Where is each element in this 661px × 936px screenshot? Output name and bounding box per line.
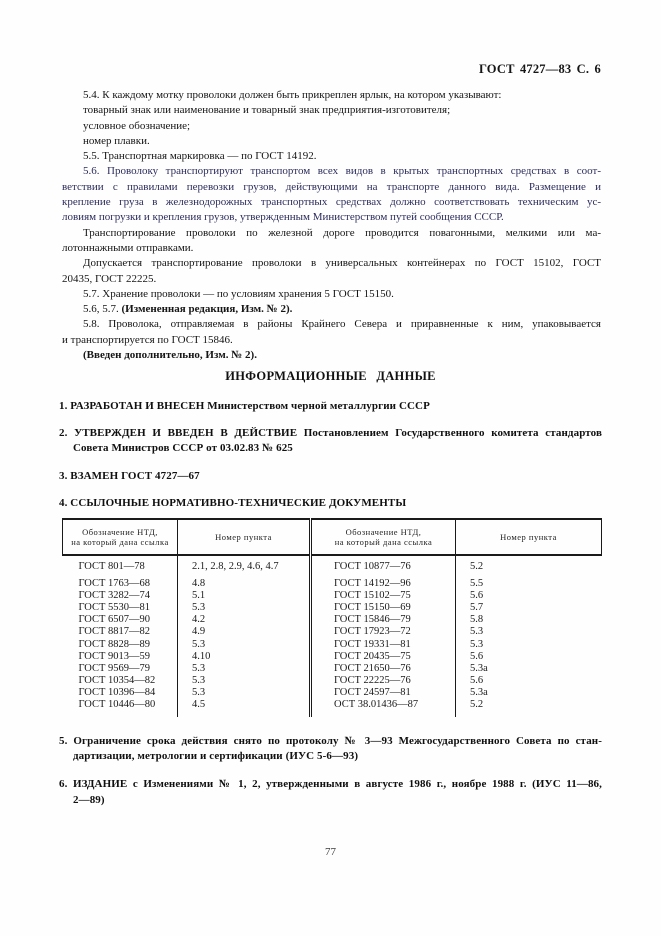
column-header-text: Номер пункта: [215, 532, 272, 542]
table-cell: ГОСТ 14192—96: [311, 578, 456, 590]
table-row: ГОСТ 3282—74 5.1 ГОСТ 15102—75 5.6: [63, 590, 602, 602]
info-item-2: 2. УТВЕРЖДЕН И ВВЕДЕН В ДЕЙСТВИЕ Постано…: [59, 426, 602, 456]
table-cell: 5.2: [456, 699, 602, 711]
table-cell: ГОСТ 19331—81: [311, 639, 456, 651]
table-row: ГОСТ 6507—90 4.2 ГОСТ 15846—79 5.8: [63, 614, 602, 626]
page-number: 77: [0, 846, 661, 858]
info-item-6: 6. ИЗДАНИЕ с Изменениями № 1, 2, утвержд…: [59, 777, 602, 807]
table-border-extension: [63, 711, 602, 717]
table-row: ГОСТ 8828—89 5.3 ГОСТ 19331—81 5.3: [63, 639, 602, 651]
body-line: крепление груза в железнодорожных трансп…: [62, 195, 601, 210]
info-line: 4. ССЫЛОЧНЫЕ НОРМАТИВНО-ТЕХНИЧЕСКИЕ ДОКУ…: [59, 496, 602, 511]
table-cell: ГОСТ 10877—76: [311, 555, 456, 578]
table-cell: ГОСТ 22225—76: [311, 675, 456, 687]
column-header-ntd-right: Обозначение НТД, на который дана ссылка: [311, 519, 456, 555]
table-cell: 2.1, 2.8, 2.9, 4.6, 4.7: [178, 555, 311, 578]
body-line: 20435, ГОСТ 22225.: [62, 272, 601, 287]
table-cell: 5.3а: [456, 663, 602, 675]
column-header-text: Обозначение НТД,: [82, 527, 158, 537]
table-cell: 5.3: [178, 639, 311, 651]
table-cell: 5.3: [456, 639, 602, 651]
bottom-items: 5. Ограничение срока действия снято по п…: [59, 734, 602, 821]
running-header: ГОСТ 4727—83 С. 6: [479, 62, 601, 77]
table-cell: ГОСТ 10396—84: [63, 687, 178, 699]
info-item-5: 5. Ограничение срока действия снято по п…: [59, 734, 602, 764]
table-cell: 4.8: [178, 578, 311, 590]
body-line: 5.6. Проволоку транспортируют транспорто…: [62, 164, 601, 179]
table-cell: ГОСТ 15150—69: [311, 602, 456, 614]
info-item-1: 1. РАЗРАБОТАН И ВНЕСЕН Министерством чер…: [59, 399, 602, 414]
table-cell: 4.10: [178, 651, 311, 663]
table-cell: 5.3: [456, 626, 602, 638]
body-line: 5.4. К каждому мотку проволоки должен бы…: [62, 88, 601, 103]
table-cell: ГОСТ 6507—90: [63, 614, 178, 626]
table-cell: ГОСТ 8828—89: [63, 639, 178, 651]
table-cell: ГОСТ 9013—59: [63, 651, 178, 663]
info-line: 2. УТВЕРЖДЕН И ВВЕДЕН В ДЕЙСТВИЕ Постано…: [59, 426, 602, 441]
table-cell: 5.6: [456, 590, 602, 602]
body-line: номер плавки.: [62, 134, 601, 149]
table-row: ГОСТ 10446—80 4.5 ОСТ 38.01436—87 5.2: [63, 699, 602, 711]
table-cell: ГОСТ 8817—82: [63, 626, 178, 638]
table-cell: 4.2: [178, 614, 311, 626]
column-header-ntd-left: Обозначение НТД, на который дана ссылка: [63, 519, 178, 555]
table-cell: ГОСТ 10446—80: [63, 699, 178, 711]
table-cell: ГОСТ 3282—74: [63, 590, 178, 602]
body-line: 5.5. Транспортная маркировка — по ГОСТ 1…: [62, 149, 601, 164]
table-cell: 5.3: [178, 687, 311, 699]
document-page: ГОСТ 4727—83 С. 6 5.4. К каждому мотку п…: [0, 0, 661, 936]
informational-data: 1. РАЗРАБОТАН И ВНЕСЕН Министерством чер…: [59, 399, 602, 523]
table-row: ГОСТ 10396—84 5.3 ГОСТ 24597—81 5.3а: [63, 687, 602, 699]
table-cell: 5.8: [456, 614, 602, 626]
table-row: ГОСТ 1763—68 4.8 ГОСТ 14192—96 5.5: [63, 578, 602, 590]
table-cell: 5.7: [456, 602, 602, 614]
body-line: Транспортирование проволоки по железной …: [62, 226, 601, 241]
table-cell: 5.5: [456, 578, 602, 590]
table-cell: ГОСТ 15102—75: [311, 590, 456, 602]
body-line: условное обозначение;: [62, 119, 601, 134]
table-cell: 5.6: [456, 651, 602, 663]
body-line: ветствии с правилами перевозки грузов, д…: [62, 180, 601, 195]
table-cell: ГОСТ 10354—82: [63, 675, 178, 687]
table-cell: ГОСТ 801—78: [63, 555, 178, 578]
info-item-4: 4. ССЫЛОЧНЫЕ НОРМАТИВНО-ТЕХНИЧЕСКИЕ ДОКУ…: [59, 496, 602, 511]
table-row: ГОСТ 801—78 2.1, 2.8, 2.9, 4.6, 4.7 ГОСТ…: [63, 555, 602, 578]
body-line: Допускается транспортирование проволоки …: [62, 256, 601, 271]
info-line: Совета Министров СССР от 03.02.83 № 625: [59, 441, 602, 456]
table-cell: ГОСТ 17923—72: [311, 626, 456, 638]
table-cell: 4.9: [178, 626, 311, 638]
info-line: 5. Ограничение срока действия снято по п…: [59, 734, 602, 749]
section-heading: ИНФОРМАЦИОННЫЕ ДАННЫЕ: [0, 369, 661, 384]
body-line: 5.8. Проволока, отправляемая в районы Кр…: [62, 317, 601, 332]
table-cell: ГОСТ 9569—79: [63, 663, 178, 675]
table-cell: ГОСТ 1763—68: [63, 578, 178, 590]
info-line: 3. ВЗАМЕН ГОСТ 4727—67: [59, 469, 602, 484]
info-line: 1. РАЗРАБОТАН И ВНЕСЕН Министерством чер…: [59, 399, 602, 414]
table-cell: ГОСТ 21650—76: [311, 663, 456, 675]
body-line: 5.7. Хранение проволоки — по условиям хр…: [62, 287, 601, 302]
body-line: лотоннажными отправками.: [62, 241, 601, 256]
table-cell: 5.1: [178, 590, 311, 602]
column-header-text: Номер пункта: [500, 532, 557, 542]
info-item-3: 3. ВЗАМЕН ГОСТ 4727—67: [59, 469, 602, 484]
table-cell: 5.3: [178, 663, 311, 675]
body-line: и транспортируется по ГОСТ 15846.: [62, 333, 601, 348]
info-line: 6. ИЗДАНИЕ с Изменениями № 1, 2, утвержд…: [59, 777, 602, 792]
table-cell: 5.2: [456, 555, 602, 578]
body-text: 5.4. К каждому мотку проволоки должен бы…: [62, 88, 601, 363]
table-cell: ГОСТ 24597—81: [311, 687, 456, 699]
body-line: ловиям погрузки и крепления грузов, утве…: [62, 210, 601, 225]
table-cell: ГОСТ 20435—75: [311, 651, 456, 663]
table-cell: 5.3а: [456, 687, 602, 699]
table-cell: 4.5: [178, 699, 311, 711]
column-header-item-left: Номер пункта: [178, 519, 311, 555]
added-note-line: (Введен дополнительно, Изм. № 2).: [62, 348, 601, 363]
table-cell: ГОСТ 15846—79: [311, 614, 456, 626]
table-row: ГОСТ 9569—79 5.3 ГОСТ 21650—76 5.3а: [63, 663, 602, 675]
column-header-text: Обозначение НТД,: [346, 527, 422, 537]
table-row: ГОСТ 9013—59 4.10 ГОСТ 20435—75 5.6: [63, 651, 602, 663]
table-cell: 5.3: [178, 602, 311, 614]
table-cell: ОСТ 38.01436—87: [311, 699, 456, 711]
table-cell: ГОСТ 5530—81: [63, 602, 178, 614]
amendment-note: (Измененная редакция, Изм. № 2).: [122, 303, 293, 315]
table-row: ГОСТ 8817—82 4.9 ГОСТ 17923—72 5.3: [63, 626, 602, 638]
column-header-item-right: Номер пункта: [456, 519, 602, 555]
table-row: ГОСТ 10354—82 5.3 ГОСТ 22225—76 5.6: [63, 675, 602, 687]
table-cell: 5.3: [178, 675, 311, 687]
info-line: дартизации, метрологии и сертификации (И…: [59, 749, 602, 764]
column-header-text: на который дана ссылка: [335, 537, 433, 547]
column-header-text: на который дана ссылка: [71, 537, 169, 547]
info-line: 2—89): [59, 793, 602, 808]
body-line: товарный знак или наименование и товарны…: [62, 103, 601, 118]
table-row: ГОСТ 5530—81 5.3 ГОСТ 15150—69 5.7: [63, 602, 602, 614]
table-cell: 5.6: [456, 675, 602, 687]
amendment-line: 5.6, 5.7. (Измененная редакция, Изм. № 2…: [62, 302, 601, 317]
amendment-prefix: 5.6, 5.7.: [83, 303, 122, 315]
table-header-row: Обозначение НТД, на который дана ссылка …: [63, 519, 602, 555]
reference-documents-table: Обозначение НТД, на который дана ссылка …: [62, 518, 602, 717]
